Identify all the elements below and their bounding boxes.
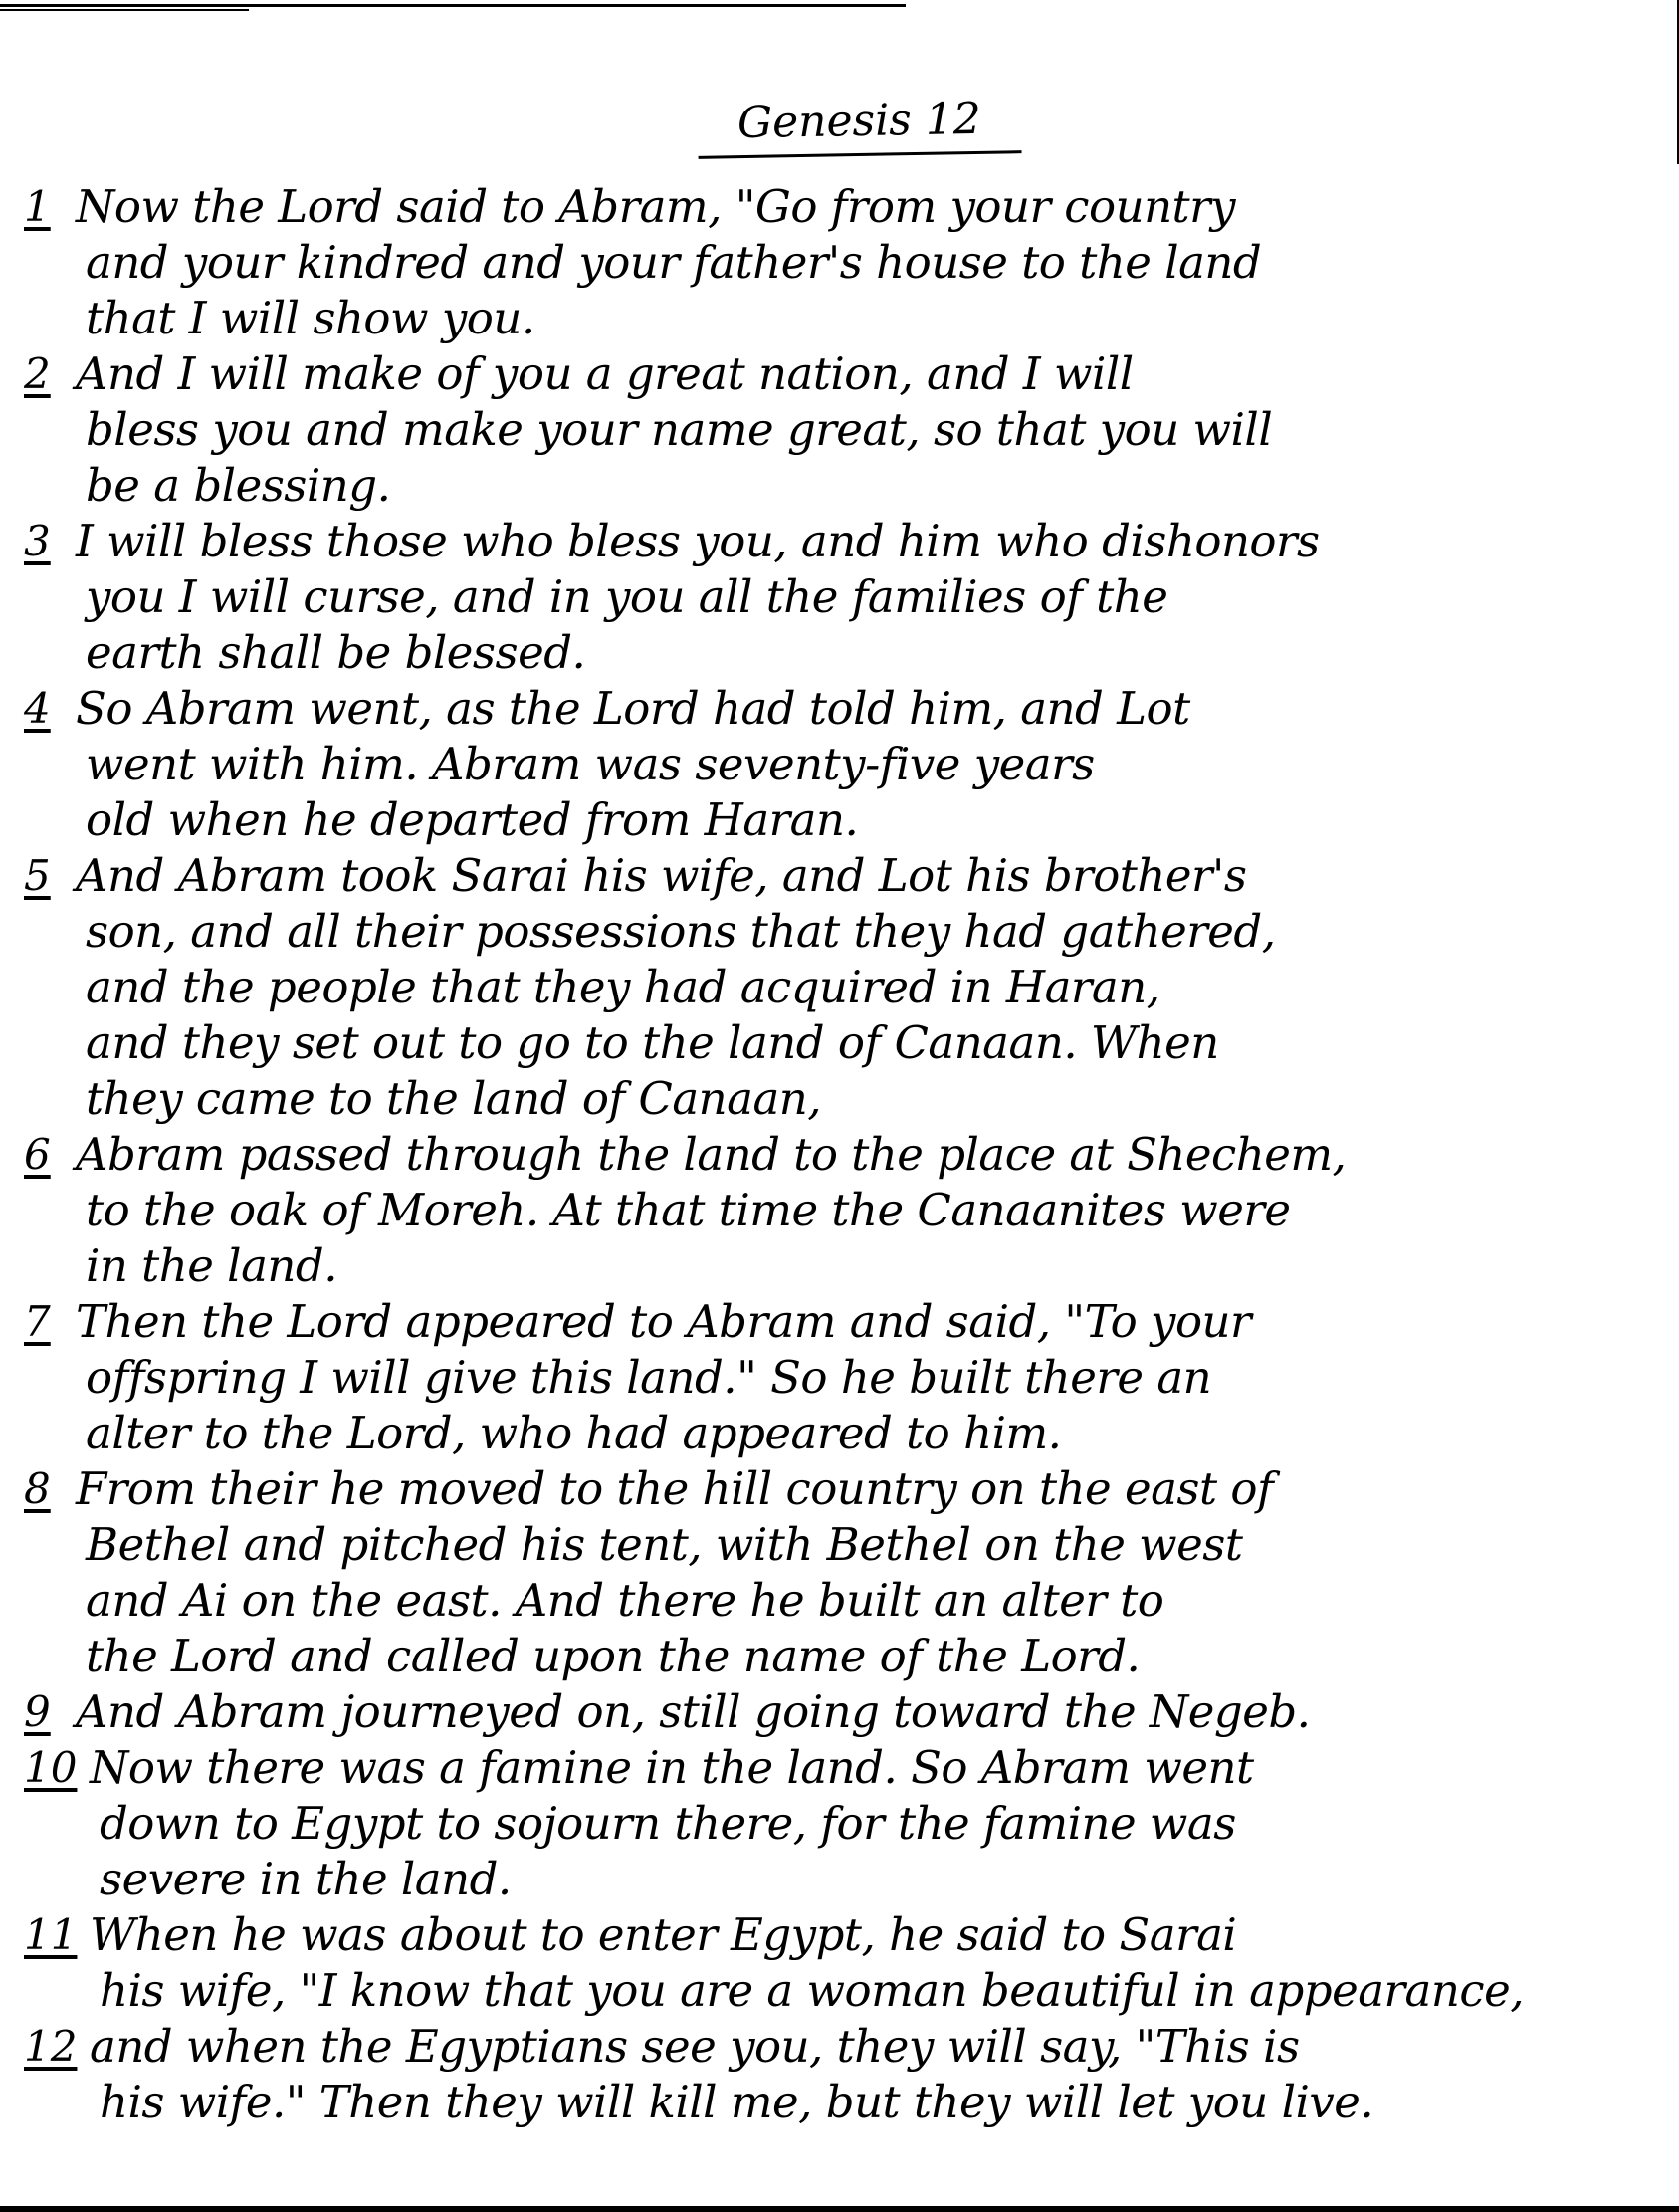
- verse-line: down to Egypt to sojourn there, for the …: [90, 1796, 1670, 1852]
- verse-line: Bethel and pitched his tent, with Bethel…: [76, 1517, 1670, 1573]
- verse-line: son, and all their possessions that they…: [76, 904, 1670, 960]
- verse-8: 8From their he moved to the hill country…: [18, 1461, 1670, 1684]
- verse-line: you I will curse, and in you all the fam…: [76, 569, 1670, 625]
- verse-line: and your kindred and your father's house…: [76, 235, 1670, 291]
- scan-artifact-top-line-thin: [0, 9, 249, 11]
- verse-7: 7Then the Lord appeared to Abram and sai…: [18, 1294, 1670, 1461]
- verse-number: 6: [18, 1127, 76, 1183]
- verse-number: 5: [18, 848, 76, 904]
- verse-number: 11: [18, 1907, 90, 1963]
- verse-line: Now the Lord said to Abram, "Go from you…: [76, 179, 1670, 235]
- verse-number: 8: [18, 1461, 76, 1517]
- verse-number: 12: [18, 2019, 90, 2075]
- verse-text: Now there was a famine in the land. So A…: [90, 1740, 1670, 1907]
- verse-number: 7: [18, 1294, 76, 1350]
- verse-list: 1Now the Lord said to Abram, "Go from yo…: [18, 179, 1670, 2130]
- verse-line: From their he moved to the hill country …: [76, 1461, 1670, 1517]
- verse-line: alter to the Lord, who had appeared to h…: [76, 1406, 1670, 1461]
- verse-text: And Abram journeyed on, still going towa…: [76, 1684, 1670, 1740]
- verse-line: So Abram went, as the Lord had told him,…: [76, 681, 1670, 737]
- verse-line: that I will show you.: [76, 291, 1670, 346]
- verse-number: 2: [18, 346, 76, 402]
- verse-text: Now the Lord said to Abram, "Go from you…: [76, 179, 1670, 346]
- page-title-text: Genesis 12: [698, 89, 1022, 159]
- verse-text: and when the Egyptians see you, they wil…: [90, 2019, 1670, 2130]
- verse-line: Now there was a famine in the land. So A…: [90, 1740, 1670, 1796]
- verse-line: his wife, "I know that you are a woman b…: [90, 1963, 1670, 2019]
- verse-10: 10Now there was a famine in the land. So…: [18, 1740, 1670, 1907]
- verse-line: When he was about to enter Egypt, he sai…: [90, 1907, 1670, 1963]
- verse-line: and when the Egyptians see you, they wil…: [90, 2019, 1670, 2075]
- verse-text: So Abram went, as the Lord had told him,…: [76, 681, 1670, 848]
- verse-text: Abram passed through the land to the pla…: [76, 1127, 1670, 1294]
- verse-3: 3I will bless those who bless you, and h…: [18, 514, 1670, 681]
- verse-line: his wife." Then they will kill me, but t…: [90, 2075, 1670, 2130]
- verse-6: 6Abram passed through the land to the pl…: [18, 1127, 1670, 1294]
- verse-line: And Abram journeyed on, still going towa…: [76, 1684, 1670, 1740]
- verse-line: severe in the land.: [90, 1852, 1670, 1907]
- verse-text: Then the Lord appeared to Abram and said…: [76, 1294, 1670, 1461]
- verse-line: offspring I will give this land." So he …: [76, 1350, 1670, 1406]
- verse-line: and the people that they had acquired in…: [76, 960, 1670, 1015]
- verse-text: From their he moved to the hill country …: [76, 1461, 1670, 1684]
- verse-line: and they set out to go to the land of Ca…: [76, 1015, 1670, 1071]
- verse-line: be a blessing.: [76, 458, 1670, 514]
- verse-1: 1Now the Lord said to Abram, "Go from yo…: [18, 179, 1670, 346]
- verse-line: Then the Lord appeared to Abram and said…: [76, 1294, 1670, 1350]
- verse-9: 9And Abram journeyed on, still going tow…: [18, 1684, 1670, 1740]
- verse-line: I will bless those who bless you, and hi…: [76, 514, 1670, 569]
- verse-text: I will bless those who bless you, and hi…: [76, 514, 1670, 681]
- verse-number: 9: [18, 1684, 76, 1740]
- verse-text: And I will make of you a great nation, a…: [76, 346, 1670, 514]
- verse-4: 4So Abram went, as the Lord had told him…: [18, 681, 1670, 848]
- verse-line: the Lord and called upon the name of the…: [76, 1629, 1670, 1684]
- verse-line: old when he departed from Haran.: [76, 792, 1670, 848]
- verse-line: went with him. Abram was seventy-five ye…: [76, 737, 1670, 792]
- verse-line: And I will make of you a great nation, a…: [76, 346, 1670, 402]
- verse-line: and Ai on the east. And there he built a…: [76, 1573, 1670, 1629]
- verse-5: 5And Abram took Sarai his wife, and Lot …: [18, 848, 1670, 1127]
- verse-number: 1: [18, 179, 76, 235]
- verse-number: 3: [18, 514, 76, 569]
- verse-line: in the land.: [76, 1238, 1670, 1294]
- page-title: Genesis 12: [0, 92, 1679, 156]
- verse-line: to the oak of Moreh. At that time the Ca…: [76, 1183, 1670, 1238]
- verse-2: 2And I will make of you a great nation, …: [18, 346, 1670, 514]
- verse-line: Abram passed through the land to the pla…: [76, 1127, 1670, 1183]
- verse-line: bless you and make your name great, so t…: [76, 402, 1670, 458]
- verse-line: And Abram took Sarai his wife, and Lot h…: [76, 848, 1670, 904]
- verse-11: 11When he was about to enter Egypt, he s…: [18, 1907, 1670, 2019]
- verse-number: 10: [18, 1740, 90, 1796]
- verse-text: And Abram took Sarai his wife, and Lot h…: [76, 848, 1670, 1127]
- scan-artifact-bottom-bar: [0, 2206, 1679, 2212]
- verse-12: 12and when the Egyptians see you, they w…: [18, 2019, 1670, 2130]
- verse-number: 4: [18, 681, 76, 737]
- scan-artifact-top-line: [0, 4, 906, 7]
- verse-line: they came to the land of Canaan,: [76, 1071, 1670, 1127]
- verse-line: earth shall be blessed.: [76, 625, 1670, 681]
- verse-text: When he was about to enter Egypt, he sai…: [90, 1907, 1670, 2019]
